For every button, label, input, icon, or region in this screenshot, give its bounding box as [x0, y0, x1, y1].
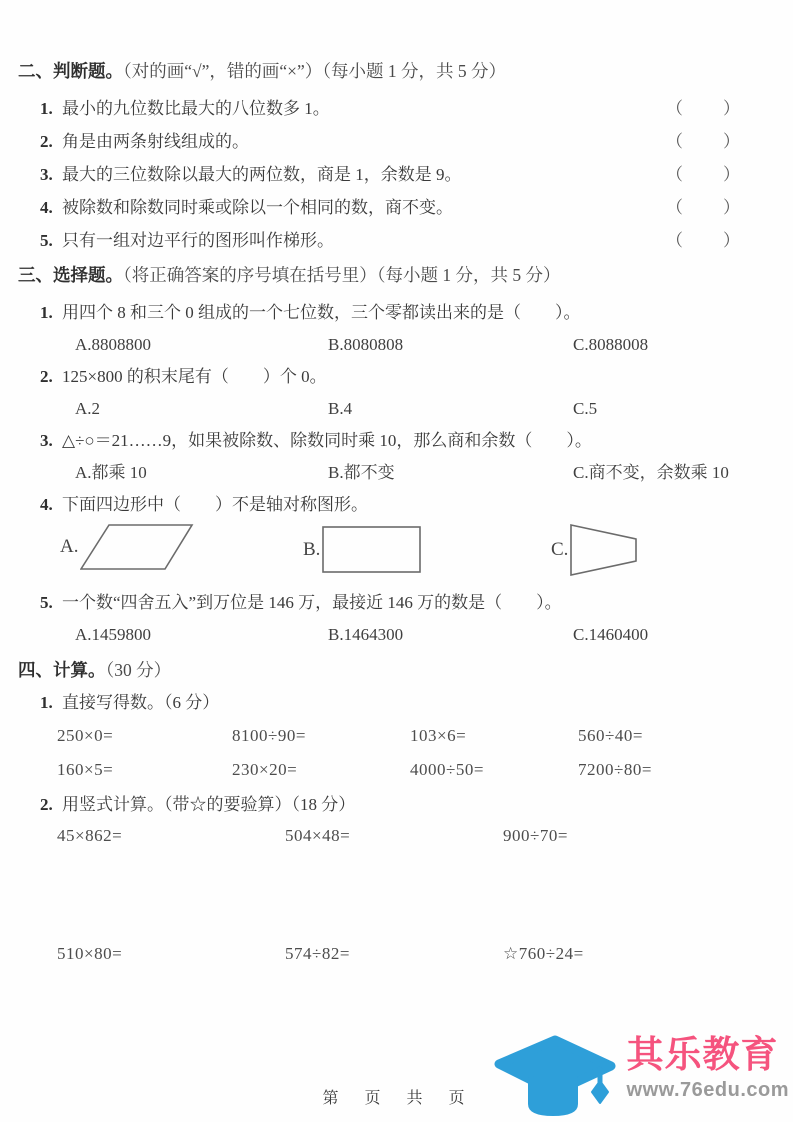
equation: 504×48=: [285, 821, 503, 851]
equation: 7200÷80=: [578, 753, 775, 787]
equation: 574÷82=: [285, 939, 503, 969]
judge-heading-note: （对的画“√”，错的画“×”）（每小题 1 分，共 5 分）: [123, 61, 506, 81]
option-b: B.8080808: [328, 329, 573, 361]
equation: 900÷70=: [503, 821, 775, 851]
equation: ☆760÷24=: [503, 939, 775, 969]
option-a: A.8808800: [75, 329, 328, 361]
oral-calc-title: 1. 直接写得数。（6 分）: [40, 687, 775, 719]
shape-label: A.: [60, 536, 78, 558]
option-a: A.1459800: [75, 619, 328, 651]
section-judge: 二、判断题。（对的画“√”，错的画“×”）（每小题 1 分，共 5 分） 1. …: [18, 58, 775, 257]
equation: 103×6=: [410, 719, 578, 753]
item-number: 4.: [40, 489, 62, 521]
item-number: 5.: [40, 587, 62, 619]
item-text: 最大的三位数除以最大的两位数，商是 1，余数是 9。: [62, 158, 666, 191]
equation: 510×80=: [57, 939, 285, 969]
shape-option-b: B.: [303, 526, 421, 573]
choice-q1-options: A.8808800 B.8080808 C.8088008: [75, 329, 775, 361]
choice-q2-options: A.2 B.4 C.5: [75, 393, 775, 425]
choice-q2: 2. 125×800 的积末尾有（ ）个 0。: [40, 361, 775, 393]
shape-label: B.: [303, 539, 320, 561]
graduation-cap-icon: [489, 1032, 621, 1118]
choice-heading-title: 三、选择题。: [18, 265, 123, 285]
equation: 250×0=: [57, 719, 232, 753]
option-b: B.4: [328, 393, 573, 425]
exam-page: 二、判断题。（对的画“√”，错的画“×”）（每小题 1 分，共 5 分） 1. …: [0, 0, 793, 1122]
item-number: 2.: [40, 125, 62, 158]
item-number: 1.: [40, 687, 62, 719]
rectangle-icon: [322, 526, 421, 573]
choice-q3: 3. △÷○＝21……9，如果被除数、除数同时乘 10，那么商和余数（ ）。: [40, 425, 775, 457]
section-calc: 四、计算。（30 分） 1. 直接写得数。（6 分） 250×0= 8100÷9…: [18, 657, 775, 969]
choice-q4: 4. 下面四边形中（ ）不是轴对称图形。: [40, 489, 775, 521]
trapezoid-icon: [570, 524, 638, 576]
equation: 560÷40=: [578, 719, 775, 753]
answer-bracket: （ ）: [666, 125, 742, 158]
equation: 160×5=: [57, 753, 232, 787]
calc-heading-title: 四、计算。: [18, 660, 106, 680]
vertical-calc-row-2: 510×80= 574÷82= ☆760÷24=: [57, 939, 775, 969]
item-text: 最小的九位数比最大的八位数多 1。: [62, 92, 666, 125]
answer-bracket: （ ）: [666, 191, 742, 224]
item-text: 角是由两条射线组成的。: [62, 125, 666, 158]
option-c: C.8088008: [573, 329, 775, 361]
brand-url: www.76edu.com: [627, 1078, 789, 1102]
vertical-calc-row-1: 45×862= 504×48= 900÷70=: [57, 821, 775, 851]
shape-option-a: A.: [60, 524, 194, 570]
option-a: A.都乘 10: [75, 457, 328, 489]
oral-calc-row-1: 250×0= 8100÷90= 103×6= 560÷40=: [57, 719, 775, 753]
vertical-calc-note: （带☆的要验算）（18 分）: [164, 795, 355, 814]
item-number: 1.: [40, 297, 62, 329]
judge-item-4: 4. 被除数和除数同时乘或除以一个相同的数，商不变。 （ ）: [40, 191, 775, 224]
item-number: 5.: [40, 224, 62, 257]
vertical-calc-label: 用竖式计算。: [62, 795, 164, 814]
item-text: △÷○＝21……9，如果被除数、除数同时乘 10，那么商和余数（ ）。: [62, 425, 775, 457]
option-c: C.5: [573, 393, 775, 425]
judge-heading: 二、判断题。（对的画“√”，错的画“×”）（每小题 1 分，共 5 分）: [18, 58, 775, 84]
option-b: B.1464300: [328, 619, 573, 651]
item-text: 只有一组对边平行的图形叫作梯形。: [62, 224, 666, 257]
item-text: 一个数“四舍五入”到万位是 146 万，最接近 146 万的数是（ ）。: [62, 587, 775, 619]
item-text: 用四个 8 和三个 0 组成的一个七位数，三个零都读出来的是（ ）。: [62, 297, 775, 329]
choice-q1: 1. 用四个 8 和三个 0 组成的一个七位数，三个零都读出来的是（ ）。: [40, 297, 775, 329]
oral-calc-row-2: 160×5= 230×20= 4000÷50= 7200÷80=: [57, 753, 775, 787]
item-number: 3.: [40, 158, 62, 191]
item-text: 125×800 的积末尾有（ ）个 0。: [62, 361, 775, 393]
judge-item-1: 1. 最小的九位数比最大的八位数多 1。 （ ）: [40, 92, 775, 125]
choice-q3-options: A.都乘 10 B.都不变 C.商不变，余数乘 10: [75, 457, 775, 489]
parallelogram-icon: [80, 524, 194, 570]
item-text: 下面四边形中（ ）不是轴对称图形。: [62, 489, 775, 521]
calc-heading: 四、计算。（30 分）: [18, 657, 775, 683]
equation: 8100÷90=: [232, 719, 410, 753]
item-number: 4.: [40, 191, 62, 224]
judge-item-3: 3. 最大的三位数除以最大的两位数，商是 1，余数是 9。 （ ）: [40, 158, 775, 191]
item-number: 3.: [40, 425, 62, 457]
item-text: 被除数和除数同时乘或除以一个相同的数，商不变。: [62, 191, 666, 224]
vertical-calc-title: 2. 用竖式计算。（带☆的要验算）（18 分）: [40, 789, 775, 821]
brand-name: 其乐教育: [627, 1032, 789, 1078]
item-number: 2.: [40, 789, 62, 821]
shape-option-c: C.: [548, 524, 638, 576]
calc-heading-note: （30 分）: [106, 660, 172, 680]
choice-heading-note: （将正确答案的序号填在括号里）（每小题 1 分，共 5 分）: [123, 265, 561, 285]
page-number-label: 第 页 共 页: [322, 1085, 470, 1108]
option-c: C.1460400: [573, 619, 775, 651]
choice-q5-options: A.1459800 B.1464300 C.1460400: [75, 619, 775, 651]
equation: 230×20=: [232, 753, 410, 787]
answer-bracket: （ ）: [666, 92, 742, 125]
judge-item-5: 5. 只有一组对边平行的图形叫作梯形。 （ ）: [40, 224, 775, 257]
option-b: B.都不变: [328, 457, 573, 489]
equation: 4000÷50=: [410, 753, 578, 787]
brand-logo: 其乐教育 www.76edu.com: [489, 1032, 789, 1118]
option-c: C.商不变，余数乘 10: [573, 457, 775, 489]
equation: 45×862=: [57, 821, 285, 851]
answer-bracket: （ ）: [666, 224, 742, 257]
item-number: 1.: [40, 92, 62, 125]
item-number: 2.: [40, 361, 62, 393]
oral-calc-note: （6 分）: [164, 693, 219, 712]
judge-item-2: 2. 角是由两条射线组成的。 （ ）: [40, 125, 775, 158]
choice-heading: 三、选择题。（将正确答案的序号填在括号里）（每小题 1 分，共 5 分）: [18, 261, 775, 289]
judge-heading-title: 二、判断题。: [18, 61, 123, 81]
section-choice: 三、选择题。（将正确答案的序号填在括号里）（每小题 1 分，共 5 分） 1. …: [18, 261, 775, 651]
option-a: A.2: [75, 393, 328, 425]
choice-q5: 5. 一个数“四舍五入”到万位是 146 万，最接近 146 万的数是（ ）。: [40, 587, 775, 619]
answer-bracket: （ ）: [666, 158, 742, 191]
choice-q4-shapes: A. B. C.: [18, 524, 775, 582]
shape-label: C.: [551, 539, 568, 561]
oral-calc-label: 直接写得数。: [62, 693, 164, 712]
